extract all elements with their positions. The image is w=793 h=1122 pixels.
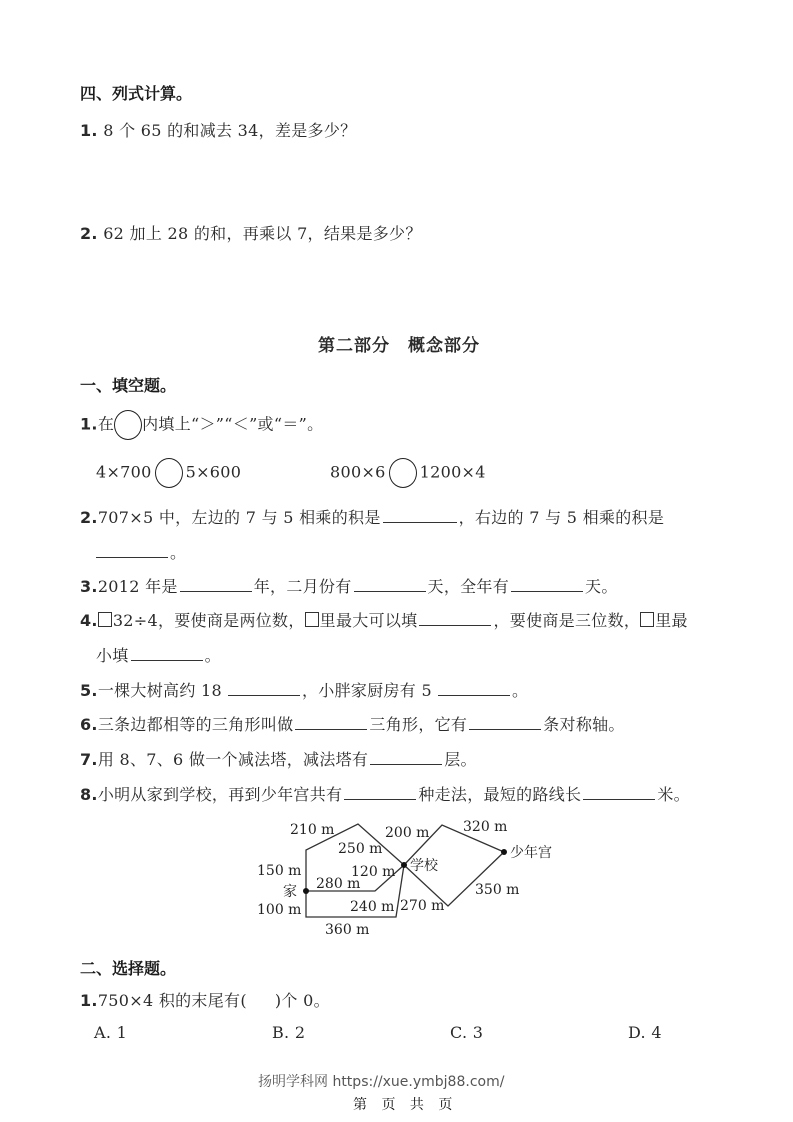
choice-option-c[interactable]: C. 3	[450, 1023, 483, 1042]
distance-label: 150 m	[257, 863, 301, 879]
distance-label: 320 m	[463, 819, 507, 835]
distance-label: 250 m	[338, 841, 382, 857]
distance-label: 100 m	[257, 902, 301, 918]
page-number: 第 页 共 页	[353, 1094, 457, 1114]
home-point-icon	[303, 888, 309, 894]
home-label: 家	[283, 884, 297, 900]
choice-question-1: 1.750×4 积的末尾有()个 0。	[80, 988, 330, 1011]
youth-palace-label: 少年宫	[510, 844, 552, 861]
choice-option-d[interactable]: D. 4	[628, 1023, 662, 1042]
distance-label: 360 m	[325, 922, 369, 938]
watermark-text: 扬明学科网 https://xue.ymbj88.com/	[258, 1071, 504, 1091]
route-diagram: 家 学校 少年宫 210 m 250 m 150 m 120 m 280 m 1…	[0, 0, 793, 1122]
section-heading-choice: 二、选择题。	[80, 956, 176, 979]
distance-label: 350 m	[475, 882, 519, 898]
distance-label: 200 m	[385, 825, 429, 841]
school-label: 学校	[410, 857, 439, 874]
youth-palace-point-icon	[501, 849, 507, 855]
choice-option-a[interactable]: A. 1	[94, 1023, 127, 1042]
distance-label: 210 m	[290, 822, 334, 838]
school-point-icon	[401, 862, 407, 868]
distance-label: 240 m	[350, 899, 394, 915]
choice-option-b[interactable]: B. 2	[272, 1023, 305, 1042]
distance-label: 270 m	[400, 898, 444, 914]
distance-label: 280 m	[316, 876, 360, 892]
